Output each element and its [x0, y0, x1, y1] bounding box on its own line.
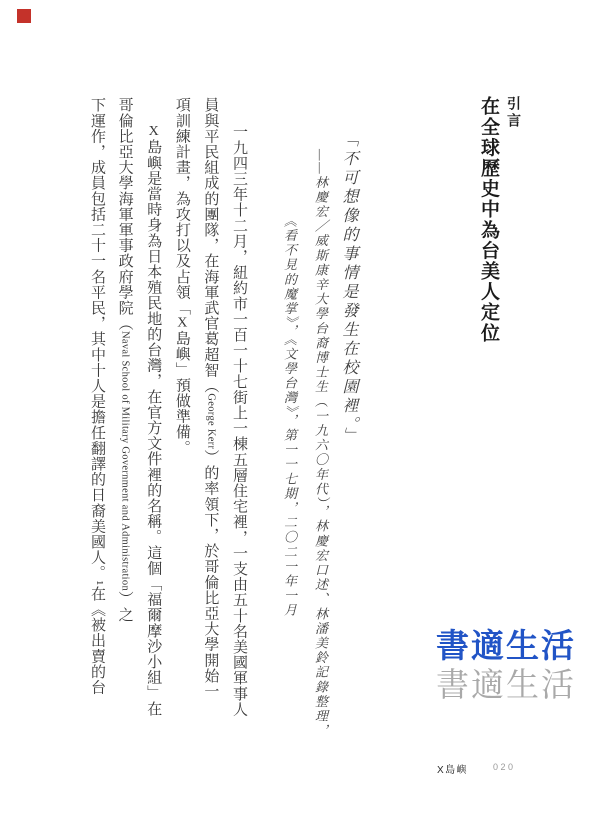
chapter-title: 在全球歷史中為台美人定位	[475, 96, 502, 343]
body-text-block: 一九四三年十二月，紐約市一百一十七街上一棟五層住宅裡，一支由五十名美國軍事人 員…	[86, 97, 252, 715]
footer-page-number: 020	[493, 762, 516, 772]
body-column-6: 下運作，成員包括二十一名平民，其中十人是擔任翻譯的日裔美國人。¹在《被出賣的台	[82, 97, 110, 715]
body-column-2: 員與平民組成的團隊，在海軍武官葛超智（George Kerr）的率領下，於哥倫比…	[196, 97, 225, 715]
epigraph-attribution-line-1: ——林慶宏／威斯康辛大學台裔博士生（一九六〇年代），林慶宏口述、林潘美鈴記錄整理…	[311, 149, 330, 738]
body-column-4: X島嶼是當時身為日本殖民地的台灣，在官方文件裡的名稱。這個「福爾摩沙小組」在	[139, 97, 168, 715]
footer-book-title: X島嶼	[437, 761, 468, 776]
body-column-5: 哥倫比亞大學海軍軍事政府學院（Naval School of Military …	[110, 97, 139, 715]
red-corner-mark	[17, 9, 31, 23]
epigraph-quote: 「不可想像的事情是發生在校園裡。」	[337, 131, 360, 446]
body-column-3: 項訓練計畫，為攻打以及占領「X島嶼」預做準備。	[167, 97, 196, 715]
section-label: 引言	[504, 96, 524, 130]
body-column-1: 一九四三年十二月，紐約市一百一十七街上一棟五層住宅裡，一支由五十名美國軍事人	[224, 97, 252, 715]
epigraph-attribution-line-2: 《看不見的魔掌》，《文學台灣》，第一一七期，二〇二一年一月	[280, 214, 299, 618]
book-page: 引言 在全球歷史中為台美人定位 「不可想像的事情是發生在校園裡。」 ——林慶宏／…	[0, 0, 602, 839]
watermark-secondary: 書適生活	[436, 659, 576, 706]
